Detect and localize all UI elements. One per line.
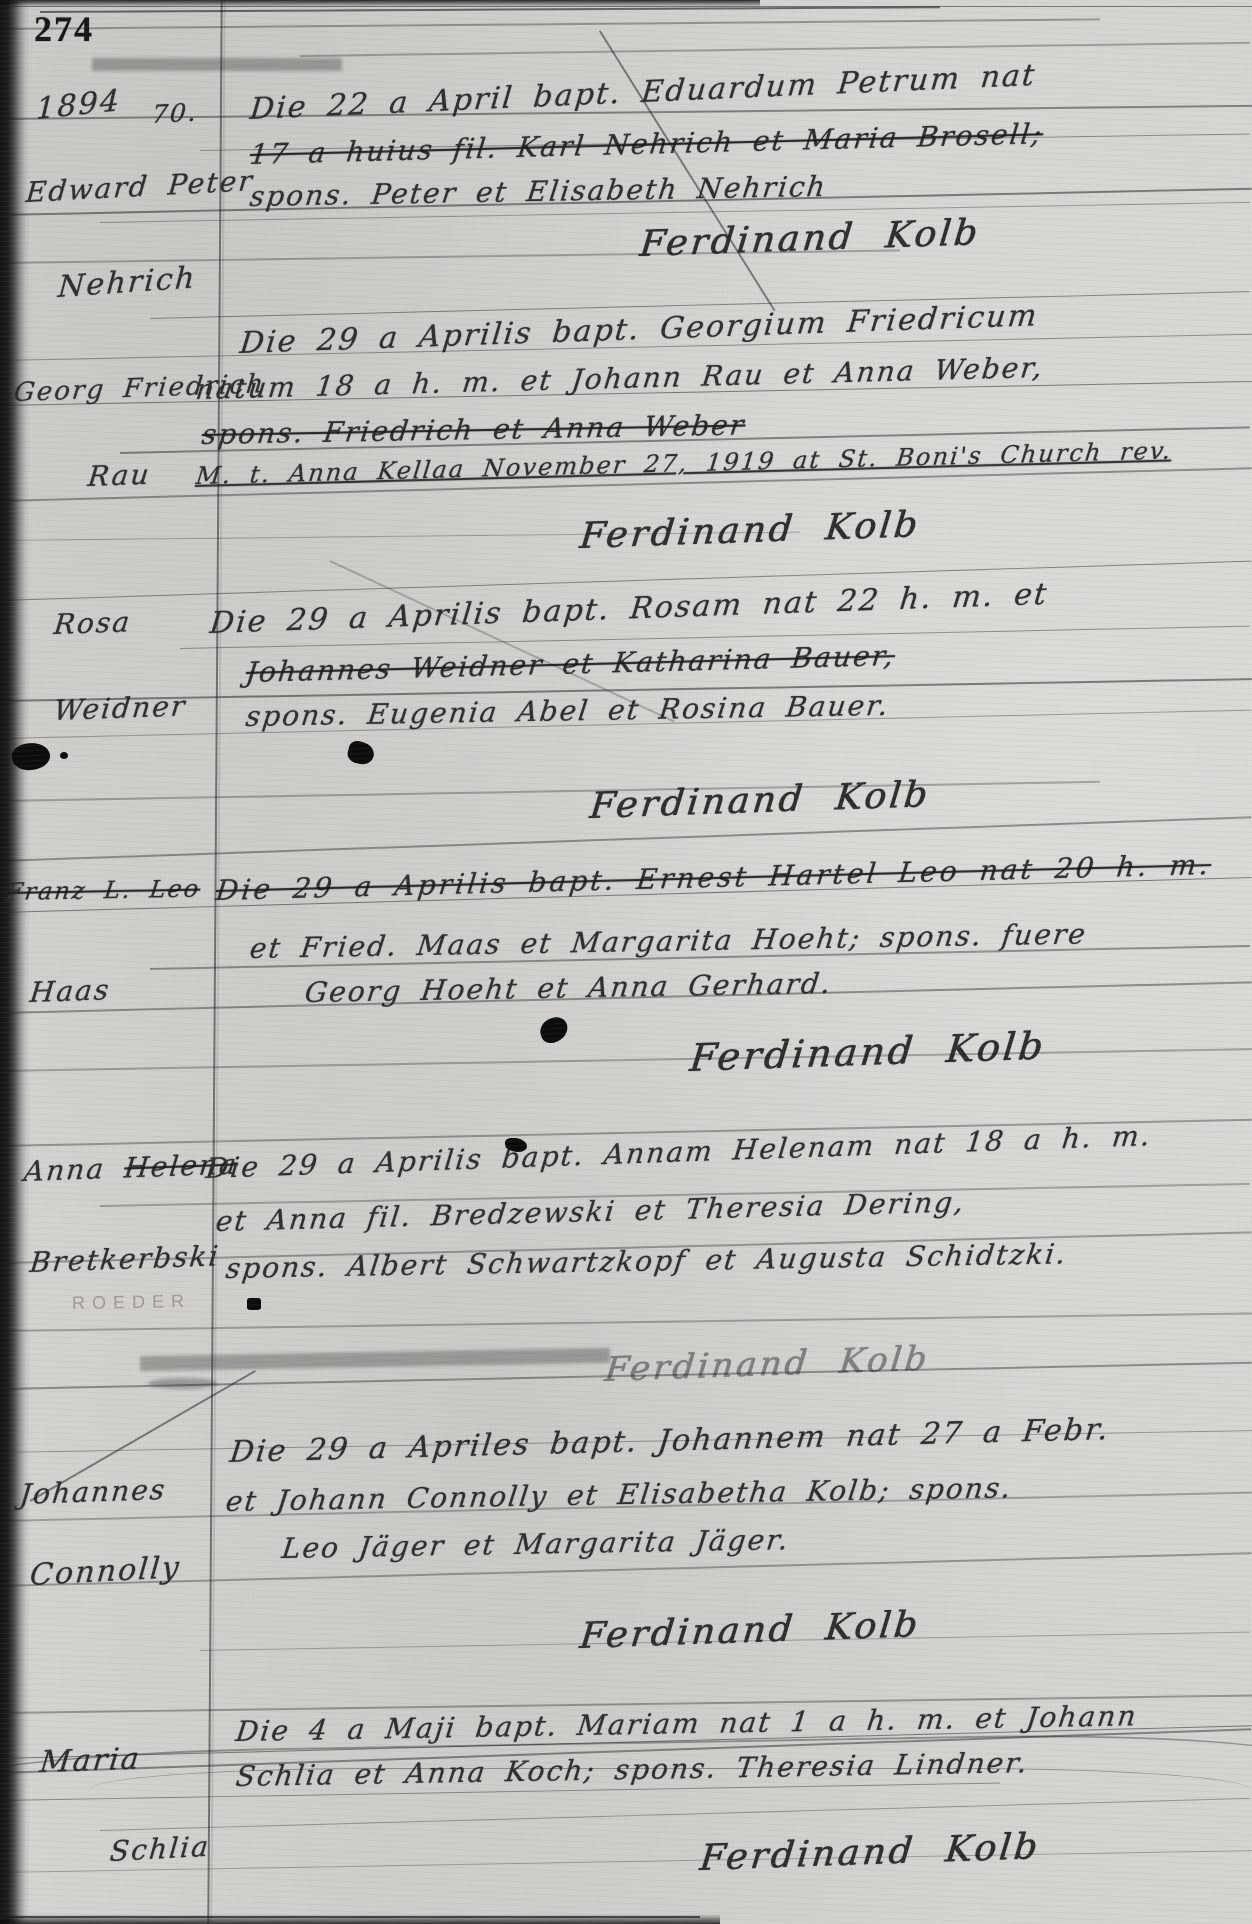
record-line: et Fried. Maas et Margarita Hoeht; spons… (248, 917, 1089, 965)
column-divider-rule (207, 0, 222, 1924)
margin-surname: Bretkerbski (28, 1239, 221, 1279)
record-line: Die 4 a Maji bapt. Mariam nat 1 a h. m. … (234, 1699, 1140, 1748)
record-line: Schlia et Anna Koch; spons. Theresia Lin… (234, 1746, 1031, 1793)
record-line: Leo Jäger et Margarita Jäger. (280, 1523, 792, 1565)
scan-streak (300, 42, 1250, 57)
page-number: 274 (34, 8, 94, 50)
margin-surname: Schlia (109, 1830, 212, 1868)
margin-surname: Weidner (52, 689, 188, 727)
scan-streak (40, 6, 940, 13)
margin-surname: Haas (28, 973, 112, 1009)
scan-streak (0, 18, 1100, 30)
margin-surname: Nehrich (57, 260, 198, 304)
ink-blot (346, 739, 377, 767)
record-line-struck: 17 a huius fil. Karl Nehrich et Maria Br… (248, 117, 1045, 171)
scan-edge-left (0, 0, 30, 1924)
ink-blot (60, 752, 68, 759)
official-stamp: ROEDER (72, 1291, 191, 1314)
margin-child-name: Johannes (18, 1473, 168, 1511)
record-line: spons. Albert Schwartzkopf et Augusta Sc… (224, 1237, 1069, 1285)
record-line: Die 29 a Apriles bapt. Johannem nat 27 a… (228, 1412, 1112, 1470)
margin-surname: Rau (86, 458, 152, 493)
priest-signature-faded: Ferdinand Kolb (603, 1339, 932, 1390)
record-line-struck: Johannes Weidner et Katharina Bauer, (244, 639, 897, 689)
record-line-struck: Die 29 a Aprilis bapt. Ernest Hartel Leo… (214, 848, 1213, 907)
ink-blot (247, 1298, 261, 1310)
scan-streak (0, 781, 1100, 802)
record-line: Georg Hoeht et Anna Gerhard. (303, 967, 834, 1009)
priest-signature: Ferdinand Kolb (638, 212, 982, 265)
record-line: et Anna fil. Bredzewski et Theresia Deri… (214, 1185, 967, 1238)
scan-streak (0, 1048, 1252, 1072)
ink-smudge (148, 1378, 218, 1389)
register-page-scan: 274 1894 70. Die 22 a April bapt. Eduard… (0, 0, 1252, 1924)
margin-child-name-struck: Franz L. Leo (4, 875, 202, 906)
scan-edge-top (0, 0, 760, 7)
scan-edge-bottom (0, 1914, 720, 1924)
margin-surname: Connolly (28, 1550, 182, 1593)
margin-year: 1894 (35, 83, 121, 127)
margin-name-kept: Anna (22, 1152, 107, 1188)
ink-smudge (92, 58, 342, 71)
ink-blot (537, 1014, 571, 1045)
margin-child-name: Rosa (52, 605, 133, 641)
scan-streak (0, 1313, 1252, 1332)
record-line: et Johann Connolly et Elisabetha Kolb; s… (224, 1471, 1014, 1518)
margin-child-name: Maria (38, 1742, 143, 1780)
record-line: Die 29 a Aprilis bapt. Annam Helenam nat… (204, 1119, 1153, 1185)
record-line-struck: spons. Friedrich et Anna Weber (200, 409, 747, 451)
record-line: Die 22 a April bapt. Eduardum Petrum nat (248, 58, 1038, 127)
priest-signature: Ferdinand Kolb (698, 1826, 1042, 1879)
record-line: Die 29 a Aprilis bapt. Georgium Friedric… (238, 298, 1040, 361)
priest-signature: Ferdinand Kolb (588, 774, 932, 827)
record-line: spons. Peter et Elisabeth Nehrich (248, 170, 829, 213)
record-line: spons. Eugenia Abel et Rosina Bauer. (244, 689, 892, 733)
margin-entry-number: 70. (151, 98, 200, 129)
record-line: natum 18 a h. m. et Johann Rau et Anna W… (194, 351, 1046, 406)
priest-signature: Ferdinand Kolb (578, 1604, 922, 1657)
priest-signature: Ferdinand Kolb (688, 1024, 1048, 1080)
priest-signature: Ferdinand Kolb (578, 504, 922, 557)
scan-streak (100, 1798, 1250, 1831)
record-line: Die 29 a Aprilis bapt. Rosam nat 22 h. m… (208, 577, 1050, 641)
